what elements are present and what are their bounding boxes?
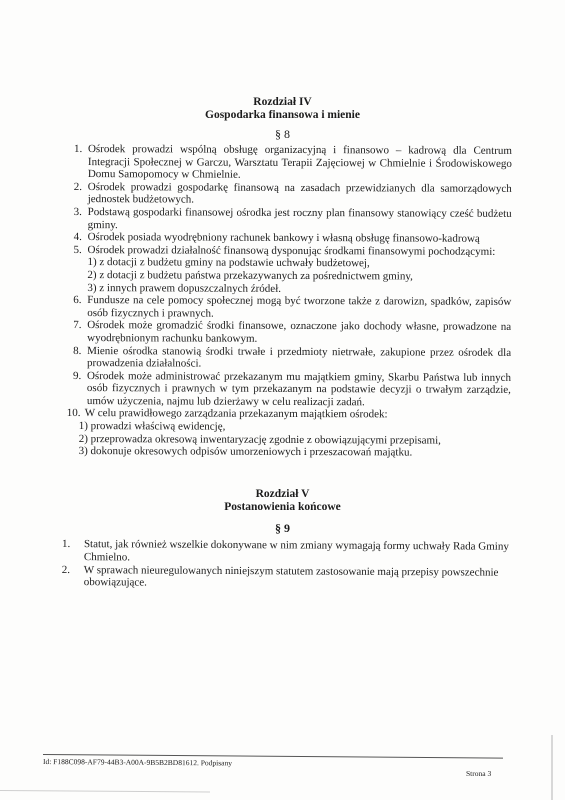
- chapter-title: Rozdział IV: [0, 95, 565, 109]
- section-8-list: 1.Ośrodek prowadzi wspólną obsługę organ…: [73, 143, 512, 460]
- list-item: 2.W sprawach nieuregulowanych niniejszym…: [62, 564, 512, 592]
- sub-list-item: 3) dokonuje okresowych odpisów umorzenio…: [79, 445, 511, 459]
- page-number: Strona 3: [466, 769, 491, 778]
- document-id: Id: F188C098-AF79-44B3-A00A-9B5B2BD81612…: [43, 757, 232, 767]
- sub-list: 1) prowadzi właściwą ewidencję, 2) przep…: [79, 420, 511, 460]
- list-item: 5.Ośrodek prowadzi działalność finansową…: [73, 244, 511, 296]
- scan-edge: [551, 735, 553, 800]
- section-sign: § 8: [0, 127, 565, 142]
- scan-edge: [0, 790, 210, 792]
- list-item: 9.Ośrodek może administrować przekazanym…: [73, 370, 511, 410]
- list-item: 7.Ośrodek może gromadzić środki finansow…: [73, 319, 511, 346]
- list-item: 3.Podstawą gospodarki finansowej ośrodka…: [74, 206, 512, 233]
- section-9-list: 1.Statut, jak również wszelkie dokonywan…: [62, 538, 512, 592]
- list-item: 2.Ośrodek prowadzi gospodarkę finansową …: [74, 181, 512, 208]
- section-sign: § 9: [0, 521, 565, 536]
- chapter-title: Rozdział V: [0, 487, 565, 501]
- list-item: 6.Fundusze na cele pomocy społecznej mog…: [73, 294, 511, 321]
- list-item: 8.Mienie ośrodka stanowią środki trwałe …: [73, 344, 511, 371]
- list-item: 1.Ośrodek prowadzi wspólną obsługę organ…: [74, 143, 512, 183]
- document-page: Rozdział IV Gospodarka finansowa i mieni…: [0, 0, 565, 800]
- list-item: 1.Statut, jak również wszelkie dokonywan…: [62, 538, 512, 566]
- chapter-subtitle: Gospodarka finansowa i mienie: [0, 108, 565, 122]
- list-item: 10.W celu prawidłowego zarządzania przek…: [67, 407, 511, 459]
- sub-list: 1) z dotacji z budżetu gminy na podstawi…: [87, 256, 511, 296]
- chapter-subtitle: Postanowienia końcowe: [0, 500, 565, 514]
